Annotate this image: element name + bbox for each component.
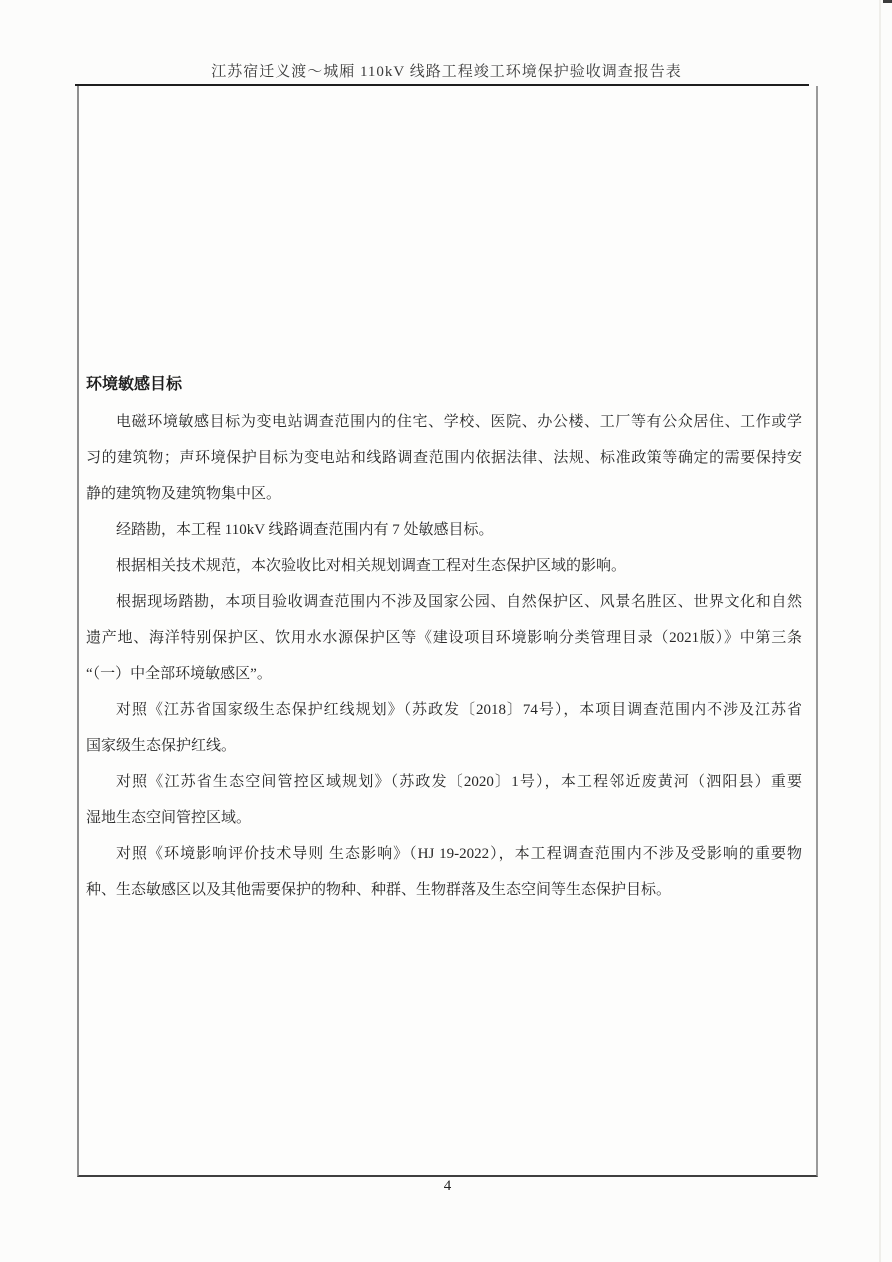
paragraph-line: 对照《江苏省国家级生态保护红线规划》（苏政发〔2018〕74号），本项目调查范围…	[86, 692, 802, 728]
paragraph-line: 种、生态敏感区以及其他需要保护的物种、种群、生物群落及生态空间等生态保护目标。	[86, 872, 802, 908]
section-title: 环境敏感目标	[86, 368, 802, 404]
paragraph-line: 静的建筑物及建筑物集中区。	[86, 476, 802, 512]
paragraph-line: 遗产地、海洋特别保护区、饮用水水源保护区等《建设项目环境影响分类管理目录（202…	[86, 620, 802, 656]
scan-page-edge	[879, 0, 881, 1262]
paragraph-line: 电磁环境敏感目标为变电站调查范围内的住宅、学校、医院、办公楼、工厂等有公众居住、…	[86, 404, 802, 440]
scan-corner-mark	[883, 0, 892, 3]
cell-content: 环境敏感目标 电磁环境敏感目标为变电站调查范围内的住宅、学校、医院、办公楼、工厂…	[79, 368, 816, 908]
paragraph-line: 对照《江苏省生态空间管控区域规划》（苏政发〔2020〕1号），本工程邻近废黄河（…	[86, 764, 802, 800]
body-paragraphs: 电磁环境敏感目标为变电站调查范围内的住宅、学校、医院、办公楼、工厂等有公众居住、…	[86, 404, 802, 908]
content-table-cell: 环境敏感目标 电磁环境敏感目标为变电站调查范围内的住宅、学校、医院、办公楼、工厂…	[77, 86, 818, 1177]
paragraph-line: “（一）中全部环境敏感区”。	[86, 656, 802, 692]
paragraph-line: 对照《环境影响评价技术导则 生态影响》（HJ 19-2022），本工程调查范围内…	[86, 836, 802, 872]
paragraph-line: 习的建筑物；声环境保护目标为变电站和线路调查范围内依据法律、法规、标准政策等确定…	[86, 440, 802, 476]
paragraph-line: 经踏勘，本工程 110kV 线路调查范围内有 7 处敏感目标。	[86, 512, 802, 548]
document-header-title: 江苏宿迁义渡～城厢 110kV 线路工程竣工环境保护验收调查报告表	[75, 60, 818, 81]
paragraph-line: 国家级生态保护红线。	[86, 728, 802, 764]
paragraph-line: 根据相关技术规范，本次验收比对相关规划调查工程对生态保护区域的影响。	[86, 548, 802, 584]
paragraph-line: 根据现场踏勘，本项目验收调查范围内不涉及国家公园、自然保护区、风景名胜区、世界文…	[86, 584, 802, 620]
paragraph-line: 湿地生态空间管控区域。	[86, 800, 802, 836]
page-number: 4	[77, 1178, 818, 1195]
